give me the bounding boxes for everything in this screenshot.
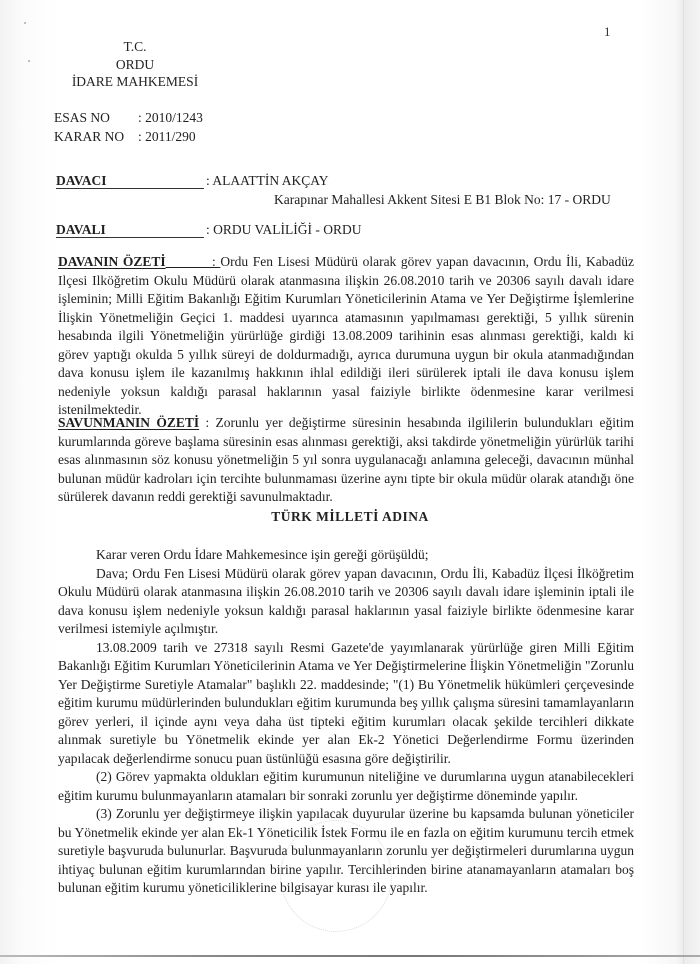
karar-no-value: : 2011/290	[138, 127, 196, 146]
davaci-name: : ALAATTİN AKÇAY	[204, 172, 329, 191]
esas-no-row: ESAS NO : 2010/1243	[54, 108, 203, 127]
section-title: TÜRK MİLLETİ ADINA	[0, 509, 700, 525]
davaci-label: DAVACI	[56, 173, 204, 189]
karar-no-row: KARAR NO : 2011/290	[54, 127, 203, 146]
body-paragraph: Dava; Ordu Fen Lisesi Müdürü olarak göre…	[58, 565, 634, 639]
header-line-tc: T.C.	[60, 38, 210, 56]
karar-no-label: KARAR NO	[54, 127, 138, 146]
body-paragraph: (3) Zorunlu yer değiştirmeye ilişkin yap…	[58, 805, 634, 898]
savunmanin-ozeti-separator: :	[199, 415, 215, 430]
davaci-block: DAVACI : ALAATTİN AKÇAY Karapınar Mahall…	[56, 172, 611, 209]
davali-row: DAVALI : ORDU VALİLİĞİ - ORDU	[56, 221, 362, 240]
davali-label: DAVALI	[56, 222, 204, 238]
davaci-address: Karapınar Mahallesi Akkent Sitesi E B1 B…	[56, 191, 611, 210]
header-line-court: İDARE MAHKEMESİ	[60, 73, 210, 91]
case-numbers: ESAS NO : 2010/1243 KARAR NO : 2011/290	[54, 108, 203, 146]
court-header: T.C. ORDU İDARE MAHKEMESİ	[60, 38, 210, 91]
scan-speck	[24, 22, 26, 24]
decision-body: Karar veren Ordu İdare Mahkemesince işin…	[58, 546, 634, 898]
esas-no-value: : 2010/1243	[138, 108, 203, 127]
body-paragraph: Karar veren Ordu İdare Mahkemesince işin…	[58, 546, 634, 565]
savunmanin-ozeti-label: SAVUNMANIN ÖZETİ	[58, 415, 199, 430]
page-bottom-edge	[0, 955, 700, 957]
esas-no-label: ESAS NO	[54, 108, 138, 127]
body-paragraph: 13.08.2009 tarih ve 27318 sayılı Resmi G…	[58, 639, 634, 769]
davanin-ozeti-separator: :	[166, 254, 221, 269]
header-line-city: ORDU	[60, 56, 210, 74]
davali-name: : ORDU VALİLİĞİ - ORDU	[204, 221, 362, 240]
page-edge-shadow	[683, 0, 684, 964]
savunmanin-ozeti-section: SAVUNMANIN ÖZETİ : Zorunlu yer değiştirm…	[58, 414, 634, 507]
page-number: 1	[604, 24, 611, 40]
davanin-ozeti-label: DAVANIN ÖZETİ	[58, 254, 166, 269]
davali-block: DAVALI : ORDU VALİLİĞİ - ORDU	[56, 221, 362, 240]
body-paragraph: (2) Görev yapmakta oldukları eğitim kuru…	[58, 768, 634, 805]
scan-speck	[28, 60, 30, 62]
davaci-row: DAVACI : ALAATTİN AKÇAY	[56, 172, 611, 191]
davanin-ozeti-text: Ordu Fen Lisesi Müdürü olarak görev yapa…	[58, 254, 634, 417]
scanned-page: 1 T.C. ORDU İDARE MAHKEMESİ ESAS NO : 20…	[0, 0, 700, 964]
davanin-ozeti-section: DAVANIN ÖZETİ : Ordu Fen Lisesi Müdürü o…	[58, 253, 634, 420]
